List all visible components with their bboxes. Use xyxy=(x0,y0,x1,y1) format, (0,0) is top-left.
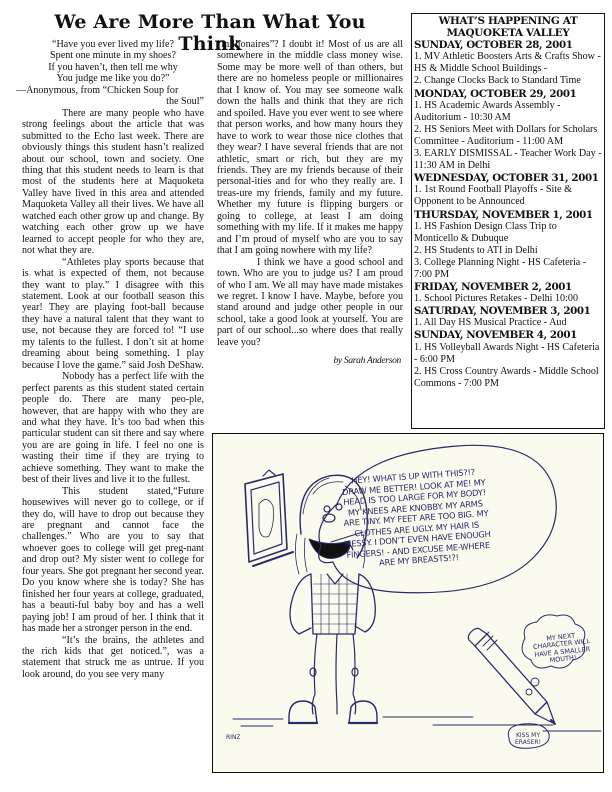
poem-line: “Have you ever lived my life? xyxy=(22,39,204,50)
event-item: 2. HS Seniors Meet with Dollars for Scho… xyxy=(414,124,602,148)
event-item: 1. School Pictures Retakes - Delhi 10:00 xyxy=(414,293,602,305)
character-legs-icon xyxy=(289,634,377,723)
article-byline: by Sarah Anderson xyxy=(217,356,403,367)
speech-bubble-text: HEY! WHAT IS UP WITH THIS?!? DRAW ME BET… xyxy=(338,466,494,571)
event-item: 1. HS Academic Awards Assembly - Auditor… xyxy=(414,100,602,124)
picture-frame-icon xyxy=(245,470,293,566)
event-item: 3. College Planning Night - HS Cafeteria… xyxy=(414,257,602,281)
event-date: FRIDAY, NOVEMBER 2, 2001 xyxy=(414,281,602,293)
event-item: 1. HS Volleyball Awards Night - HS Cafet… xyxy=(414,342,602,366)
event-item: 2. Change Clocks Back to Standard Time xyxy=(414,75,602,87)
event-date: SUNDAY, NOVEMBER 4, 2001 xyxy=(414,329,602,341)
events-heading: MAQUOKETA VALLEY xyxy=(414,27,602,39)
events-heading: WHAT’S HAPPENING AT xyxy=(414,15,602,27)
editorial-cartoon: HEY! WHAT IS UP WITH THIS?!? DRAW ME BET… xyxy=(212,433,604,773)
event-item: 2. HS Students to ATI in Delhi xyxy=(414,245,602,257)
events-sidebar-box: WHAT’S HAPPENING AT MAQUOKETA VALLEY SUN… xyxy=(411,13,605,429)
article-paragraph: Nobody has a perfect life with the perfe… xyxy=(22,371,204,486)
poem-line: If you haven’t, then tell me why xyxy=(22,62,204,73)
article-column-left: “Have you ever lived my life? Spent one … xyxy=(22,39,204,680)
event-item: 1. MV Athletic Boosters Arts & Crafts Sh… xyxy=(414,51,602,75)
poem-line: You judge me like you do?” xyxy=(22,73,204,84)
event-date: SATURDAY, NOVEMBER 3, 2001 xyxy=(414,305,602,317)
artist-signature: RINZ xyxy=(226,734,241,741)
article-paragraph: I think we have a good school and town. … xyxy=(217,257,403,349)
article-paragraph: This student stated,“Future housewives w… xyxy=(22,486,204,635)
event-date: MONDAY, OCTOBER 29, 2001 xyxy=(414,88,602,100)
pencil-bubble-text: KISS MY ERASER! xyxy=(508,732,548,746)
thought-bubble-text: MY NEXT CHARACTER WILL HAVE A SMALLER MO… xyxy=(532,631,593,667)
event-date: THURSDAY, NOVEMBER 1, 2001 xyxy=(414,209,602,221)
article-paragraph-continuation: “millionaires”? I doubt it! Most of us a… xyxy=(217,39,403,257)
event-item: 1. 1st Round Football Playoffs - Site & … xyxy=(414,184,602,208)
event-date: SUNDAY, OCTOBER 28, 2001 xyxy=(414,39,602,51)
article-paragraph: “Athletes play sports because that is wh… xyxy=(22,257,204,372)
event-item: 2. HS Cross Country Awards - Middle Scho… xyxy=(414,366,602,390)
article-paragraph: “It’s the brains, the athletes and the r… xyxy=(22,635,204,681)
event-item: 1. HS Fashion Design Class Trip to Monti… xyxy=(414,221,602,245)
poem-attribution-end: the Soul” xyxy=(22,96,204,107)
character-body-icon xyxy=(290,574,375,634)
event-item: 1. All Day HS Musical Practice - Aud xyxy=(414,317,602,329)
event-date: WEDNESDAY, OCTOBER 31, 2001 xyxy=(414,172,602,184)
poem-line: Spent one minute in my shoes? xyxy=(22,50,204,61)
article-column-middle: “millionaires”? I doubt it! Most of us a… xyxy=(217,39,403,368)
epigraph-poem: “Have you ever lived my life? Spent one … xyxy=(22,39,204,108)
event-item: 3. EARLY DISMISSAL - Teacher Work Day - … xyxy=(414,148,602,172)
article-paragraph: There are many people who have strong fe… xyxy=(22,108,204,257)
poem-attribution: —Anonymous, from “Chicken Soup for xyxy=(16,85,204,96)
